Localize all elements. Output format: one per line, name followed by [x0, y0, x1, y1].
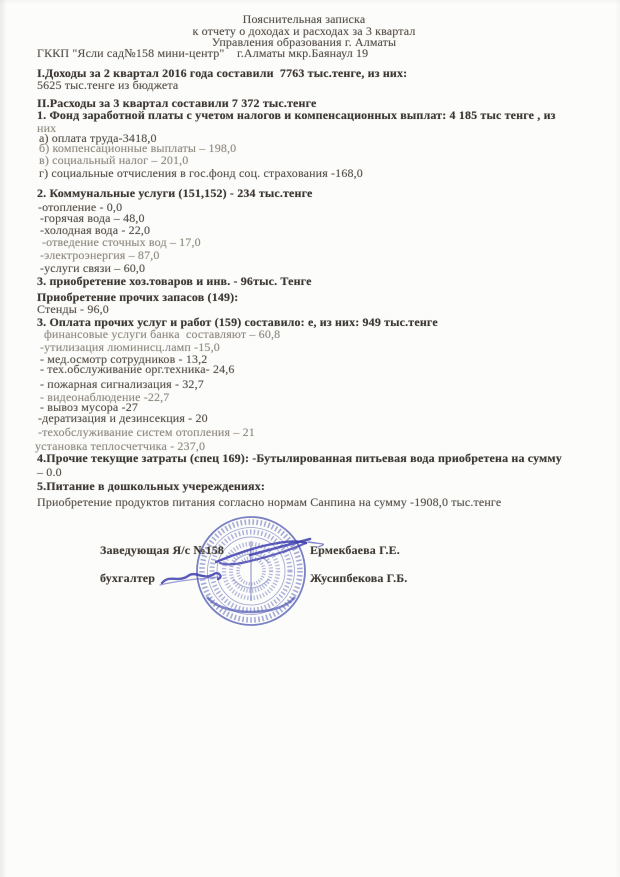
services-item: - тех.обслуживание орг.техника- 24,6 [40, 363, 235, 376]
signature-role: бухгалтер [100, 572, 155, 585]
scanned-document-page: Пояснительная записка к отчету о доходах… [0, 0, 620, 877]
signature-name: Жусипбекова Г.Б. [310, 572, 407, 585]
signature-role: Заведующая Я/с №158 [100, 544, 224, 557]
other-current-heading-wrap: – 0.0 [37, 466, 62, 479]
organization-line: ГККП "Ясли сад№158 мини-центр" г.Алматы … [37, 47, 368, 60]
services-item: -дератизация и дезинсекция - 20 [38, 412, 208, 425]
nutrition-heading: 5.Питание в дошкольных учереждениях: [37, 480, 265, 493]
signature-ink [100, 515, 360, 625]
other-current-heading: 4.Прочие текущие затраты (спец 169): -Бу… [37, 452, 562, 465]
services-item: -техобслуживание систем отопления – 21 [38, 426, 255, 439]
payroll-heading: 1. Фонд заработной платы с учетом налого… [37, 109, 556, 122]
nutrition-detail: Приобретение продуктов питания согласно … [37, 496, 501, 509]
payroll-item: г) социальные отчисления в гос.фонд соц.… [39, 167, 363, 180]
signature-name: Ермекбаева Г.Е. [310, 544, 400, 557]
household-heading: 3. приобретение хоз.товаров и инв. - 96т… [37, 275, 312, 288]
utilities-heading: 2. Коммунальные услуги (151,152) - 234 т… [37, 187, 313, 200]
income-detail: 5625 тыс.тенге из бюджета [37, 79, 178, 92]
